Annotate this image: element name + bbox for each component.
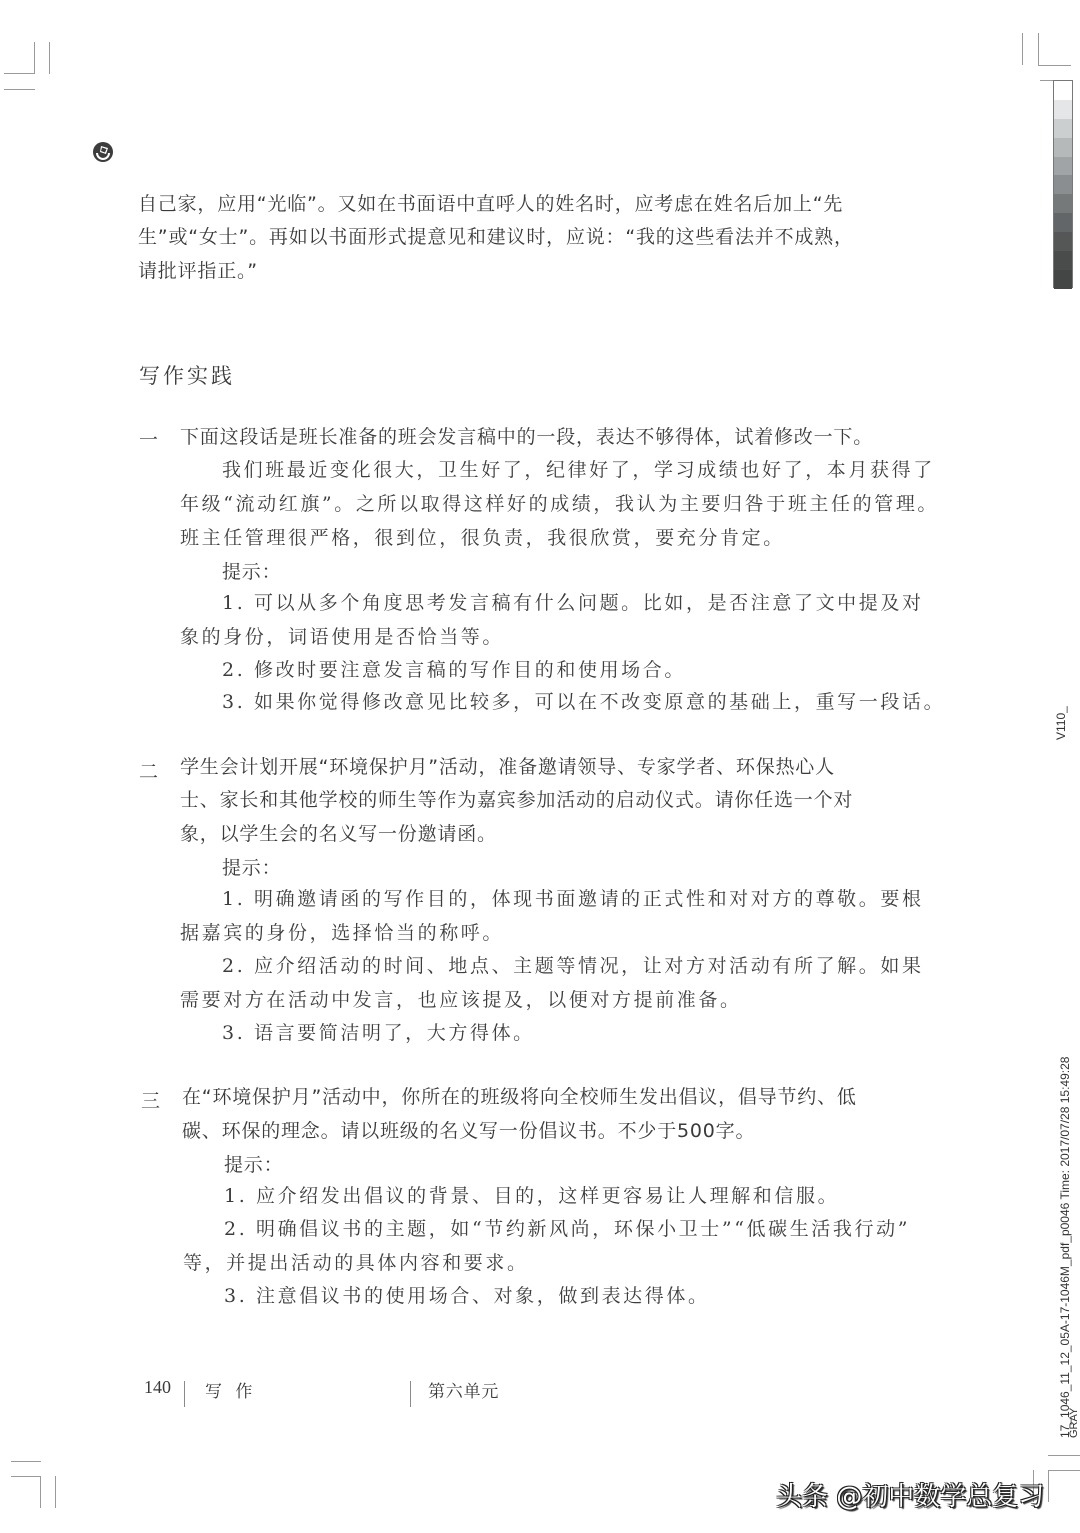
book-globe-icon xyxy=(92,141,114,163)
page-number: 140 xyxy=(144,1377,171,1398)
hint-line: 1. 可以从多个角度思考发言稿有什么问题。比如，是否注意了文中提及对 xyxy=(222,588,924,615)
side-label-gray: GRAY xyxy=(1068,1408,1080,1438)
hint-line: 3. 如果你觉得修改意见比较多，可以在不改变原意的基础上，重写一段话。 xyxy=(222,687,945,714)
question-number: 三 xyxy=(141,1086,160,1113)
crop-mark xyxy=(40,1476,41,1508)
question-prompt: 象，以学生会的名义写一份邀请函。 xyxy=(180,819,497,846)
question-number: 一 xyxy=(139,425,158,452)
hint-label: 提示： xyxy=(224,1150,283,1177)
hint-line: 象的身份，词语使用是否恰当等。 xyxy=(180,622,504,649)
intro-line: 自己家，应用“光临”。又如在书面语中直呼人的姓名时，应考虑在姓名后加上“先 xyxy=(138,189,843,216)
intro-line: 生”或“女士”。再如以书面形式提意见和建议时，应说：“我的这些看法并不成熟， xyxy=(138,222,854,249)
crop-mark xyxy=(1038,33,1039,65)
hint-line: 2. 修改时要注意发言稿的写作目的和使用场合。 xyxy=(222,655,686,682)
crop-mark xyxy=(1048,1470,1049,1502)
crop-mark xyxy=(4,73,35,74)
hint-line: 2. 明确倡议书的主题，如“节约新风尚，环保小卫士”“低碳生活我行动” xyxy=(224,1214,910,1241)
footer-section: 写 作 xyxy=(205,1377,256,1402)
passage-line: 班主任管理很严格，很到位，很负责，我很欣赏，要充分肯定。 xyxy=(180,523,785,550)
hint-line: 1. 明确邀请函的写作目的，体现书面邀请的正式性和对对方的尊敬。要根 xyxy=(222,884,924,911)
hint-label: 提示： xyxy=(222,853,281,880)
hint-line: 1. 应介绍发出倡议的背景、目的，这样更容易让人理解和信服。 xyxy=(224,1181,839,1208)
crop-mark xyxy=(1040,80,1053,81)
side-label-version: V110_ xyxy=(1054,706,1068,740)
question-prompt: 在“环境保护月”活动中，你所在的班级将向全校师生发出倡议，倡导节约、低 xyxy=(182,1082,857,1109)
hint-line: 等，并提出活动的具体内容和要求。 xyxy=(183,1248,529,1275)
crop-mark xyxy=(1038,65,1071,66)
crop-mark xyxy=(1048,1455,1080,1456)
crop-mark xyxy=(11,1476,41,1477)
question-prompt: 士、家长和其他学校的师生等作为嘉宾参加活动的启动仪式。请你任选一个对 xyxy=(180,785,853,812)
crop-mark xyxy=(55,1476,56,1508)
crop-mark xyxy=(49,42,50,74)
crop-mark xyxy=(4,89,35,90)
crop-mark xyxy=(1022,33,1023,65)
crop-mark xyxy=(34,42,35,74)
side-label-print-info: 17_1046_11_12_05A-17-1046M_pdf_p0046 Tim… xyxy=(1058,1057,1072,1438)
question-number: 二 xyxy=(139,757,158,784)
footer-divider xyxy=(184,1381,185,1407)
question-prompt: 碳、环保的理念。请以班级的名义写一份倡议书。不少于500字。 xyxy=(182,1116,755,1143)
crop-mark xyxy=(11,1461,41,1462)
hint-label: 提示： xyxy=(222,557,281,584)
hint-line: 3. 注意倡议书的使用场合、对象，做到表达得体。 xyxy=(224,1281,710,1308)
hint-line: 2. 应介绍活动的时间、地点、主题等情况，让对方对活动有所了解。如果 xyxy=(222,951,924,978)
question-prompt: 下面这段话是班长准备的班会发言稿中的一段，表达不够得体，试着修改一下。 xyxy=(180,422,873,449)
crop-mark xyxy=(1049,1470,1080,1471)
hint-line: 3. 语言要简洁明了，大方得体。 xyxy=(222,1018,535,1045)
grayscale-calibration-bar xyxy=(1053,80,1073,288)
footer-divider xyxy=(410,1381,411,1407)
section-title: 写作实践 xyxy=(139,360,235,390)
watermark: 头条 @初中数学总复习 xyxy=(776,1476,1044,1513)
passage-line: 年级“流动红旗”。之所以取得这样好的成绩，我认为主要归咎于班主任的管理。 xyxy=(180,489,939,516)
intro-line: 请批评指正。” xyxy=(138,256,258,283)
hint-line: 需要对方在活动中发言，也应该提及，以便对方提前准备。 xyxy=(180,985,742,1012)
question-prompt: 学生会计划开展“环境保护月”活动，准备邀请领导、专家学者、环保热心人 xyxy=(180,752,835,779)
footer-unit: 第六单元 xyxy=(428,1377,499,1402)
hint-line: 据嘉宾的身份，选择恰当的称呼。 xyxy=(180,918,504,945)
passage-line: 我们班最近变化很大，卫生好了，纪律好了，学习成绩也好了，本月获得了 xyxy=(222,455,935,482)
